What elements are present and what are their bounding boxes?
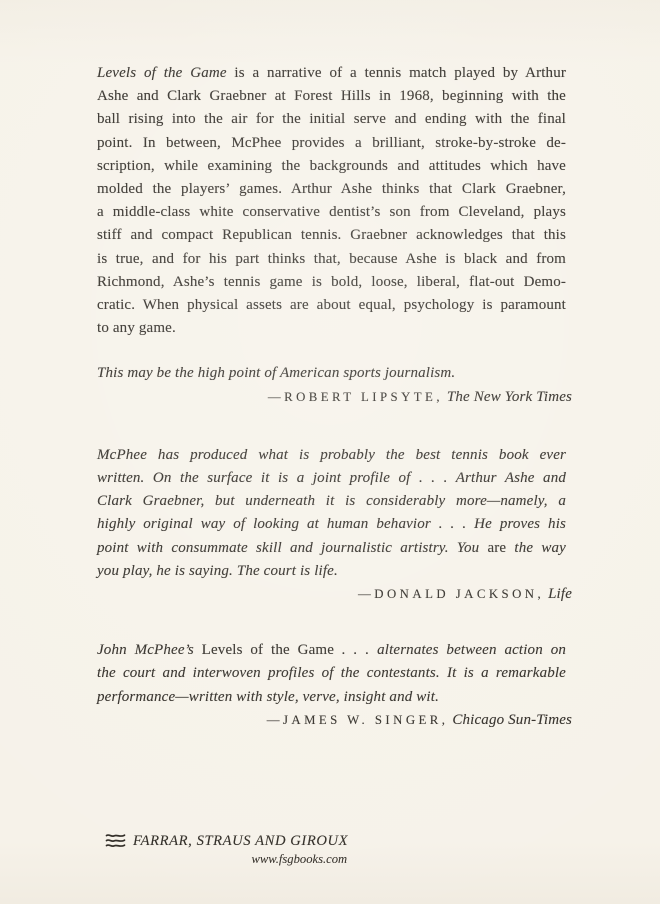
publisher-website: www.fsgbooks.com: [105, 851, 348, 868]
quote-jackson-attribution: —DONALD JACKSON, Life: [97, 583, 572, 606]
quote-lipsyte-attribution: —ROBERT LIPSYTE, The New York Times: [97, 386, 572, 409]
text-line: This may be the high point of American s…: [97, 362, 566, 385]
book-back-cover: Levels of the Game is a narrative of a t…: [0, 0, 660, 904]
synopsis-paragraph: Levels of the Game is a narrative of a t…: [97, 62, 566, 340]
quote-singer-text: John McPhee’s Levels of the Game . . . a…: [97, 639, 566, 709]
quote-singer-attribution: —JAMES W. SINGER, Chicago Sun-Times: [97, 709, 572, 732]
text-line: a middle-class white conservative dentis…: [97, 201, 566, 224]
text-line: is true, and for his part thinks that, b…: [97, 248, 566, 271]
text-line: McPhee has produced what is probably the…: [97, 444, 566, 467]
text-line: cratic. When physical assets are about e…: [97, 294, 566, 317]
cover-text-column: Levels of the Game is a narrative of a t…: [97, 62, 566, 868]
text-line: Richmond, Ashe’s tennis game is bold, lo…: [97, 271, 566, 294]
text-line: the court and interwoven profiles of the…: [97, 662, 566, 685]
quote-singer: John McPhee’s Levels of the Game . . . a…: [97, 639, 566, 732]
text-line: Levels of the Game is a narrative of a t…: [97, 62, 566, 85]
text-line: Clark Graebner, but underneath it is con…: [97, 490, 566, 513]
text-line: highly original way of looking at human …: [97, 513, 566, 536]
attribution-name: —ROBERT LIPSYTE,: [268, 390, 443, 404]
attribution-source: The New York Times: [447, 389, 572, 405]
quote-jackson: McPhee has produced what is probably the…: [97, 444, 566, 606]
quote-jackson-text: McPhee has produced what is probably the…: [97, 444, 566, 583]
text-line: stiff and compact Republican tennis. Gra…: [97, 224, 566, 247]
attribution-source: Life: [548, 586, 572, 602]
text-line: you play, he is saying. The court is lif…: [97, 560, 566, 583]
text-line: molded the players’ games. Arthur Ashe t…: [97, 178, 566, 201]
text-line: point with consummate skill and journali…: [97, 537, 566, 560]
text-line: Ashe and Clark Graebner at Forest Hills …: [97, 85, 566, 108]
attribution-source: Chicago Sun-Times: [452, 712, 572, 728]
text-line: John McPhee’s Levels of the Game . . . a…: [97, 639, 566, 662]
text-line: performance—written with style, verve, i…: [97, 686, 566, 709]
text-line: scription, while examining the backgroun…: [97, 155, 566, 178]
publisher-block: FARRAR, STRAUS AND GIROUX www.fsgbooks.c…: [105, 831, 348, 868]
publisher-name: FARRAR, STRAUS AND GIROUX: [133, 831, 348, 851]
quote-lipsyte-text: This may be the high point of American s…: [97, 362, 566, 385]
text-line: to any game.: [97, 317, 566, 340]
publisher-name-row: FARRAR, STRAUS AND GIROUX: [105, 831, 348, 851]
fsg-three-fish-colophon-icon: [105, 833, 126, 848]
quote-lipsyte: This may be the high point of American s…: [97, 362, 566, 408]
text-line: point. In between, McPhee provides a bri…: [97, 132, 566, 155]
attribution-name: —DONALD JACKSON,: [358, 587, 544, 601]
attribution-name: —JAMES W. SINGER,: [267, 713, 449, 727]
text-line: written. On the surface it is a joint pr…: [97, 467, 566, 490]
text-line: ball rising into the air for the initial…: [97, 108, 566, 131]
